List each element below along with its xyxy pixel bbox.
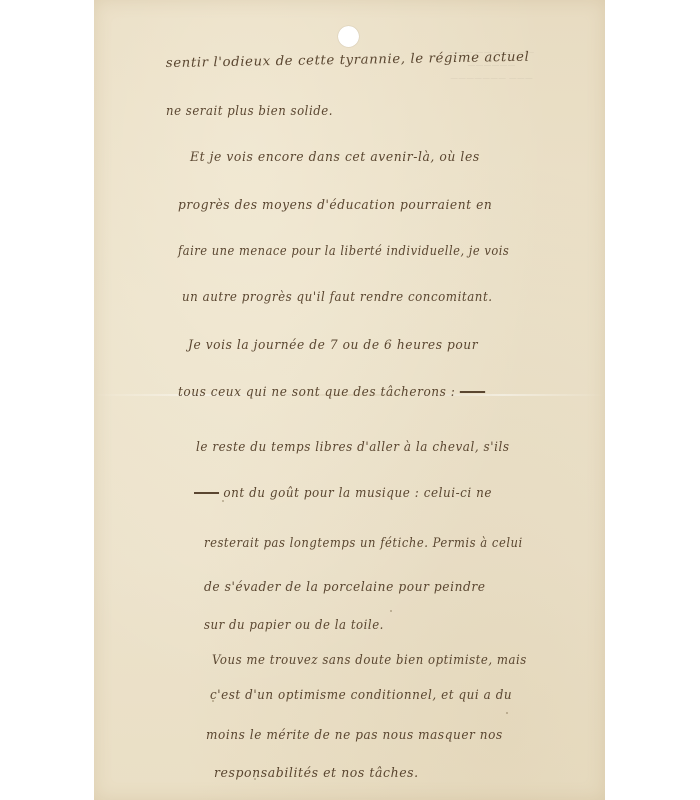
paper-speck	[254, 778, 256, 780]
handwritten-line: progrès des moyens d'éducation pourraien…	[178, 198, 492, 213]
line-text: ont du goût pour la musique : celui-ci n…	[223, 486, 492, 501]
paper-speck	[390, 610, 392, 612]
handwritten-line: Vous me trouvez sans doute bien optimist…	[212, 653, 527, 668]
handwritten-line: resterait pas longtemps un fétiche. Perm…	[204, 536, 523, 551]
handwritten-line: le reste du temps libres d'aller à la ch…	[196, 440, 510, 455]
handwritten-line: moins le mérite de ne pas nous masquer n…	[206, 728, 503, 743]
struck-word: ——	[194, 486, 219, 501]
handwritten-line: tous ceux qui ne sont que des tâcherons …	[178, 385, 485, 400]
letter-page: ——— ————— —— —————— ——————— ——— sentir l…	[94, 0, 605, 800]
document-viewer: ——— ————— —— —————— ——————— ——— sentir l…	[0, 0, 700, 800]
punch-hole	[338, 26, 359, 47]
handwritten-line: Je vois la journée de 7 ou de 6 heures p…	[188, 338, 478, 353]
handwritten-line: responsabilités et nos tâches.	[214, 766, 419, 781]
struck-word: ——	[460, 385, 485, 400]
line-text: tous ceux qui ne sont que des tâcherons …	[178, 385, 455, 400]
paper-speck	[212, 700, 214, 702]
handwritten-line: faire une menace pour la liberté individ…	[178, 244, 509, 259]
handwritten-line: —— ont du goût pour la musique : celui-c…	[194, 486, 492, 501]
handwritten-line: c'est d'un optimisme conditionnel, et qu…	[210, 688, 512, 703]
letterhead-line-3: ——————— ———	[412, 72, 572, 85]
handwritten-line: sur du papier ou de la toile.	[204, 618, 384, 633]
handwritten-line: Et je vois encore dans cet avenir-là, où…	[190, 150, 480, 165]
handwritten-line: de s'évader de la porcelaine pour peindr…	[204, 580, 486, 595]
handwritten-line: un autre progrès qu'il faut rendre conco…	[182, 290, 493, 305]
paper-speck	[506, 712, 508, 714]
handwritten-line: ne serait plus bien solide.	[166, 104, 333, 119]
paper-speck	[222, 500, 224, 502]
